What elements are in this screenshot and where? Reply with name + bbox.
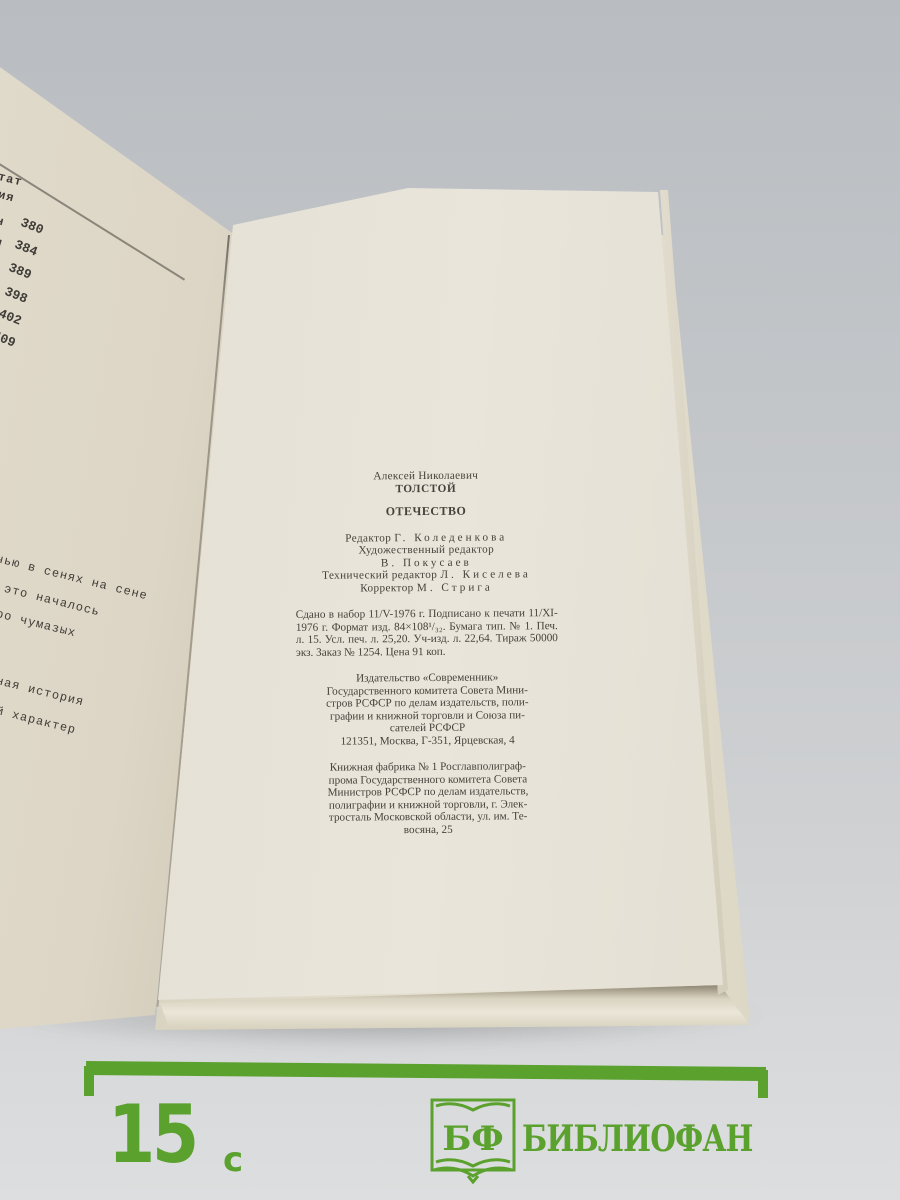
toc-page-number: 402 [0, 306, 24, 329]
credit-tech-editor: Технический редактор Л. Киселева [295, 568, 557, 582]
toc-page-number: 380 [18, 215, 45, 238]
store-name: БИБЛИОФАН [522, 1118, 753, 1160]
toc-fragment: ния [0, 186, 16, 206]
brand-frame-right [758, 1070, 768, 1098]
toc-fragment: ы! [0, 235, 6, 253]
toc-fragment: нная история [0, 672, 85, 709]
brand-frame-left [84, 1066, 94, 1096]
price-amount: 15 [108, 1090, 196, 1180]
price-currency: с [223, 1140, 243, 1180]
printing-factory-info: Книжная фабрика № 1 Росглавполиграф- про… [297, 760, 560, 837]
toc-fragment: ий характер [0, 702, 78, 737]
publisher-info: Издательство «Современник» Государственн… [296, 671, 559, 748]
credit-proofreader: Корректор М. Стрига [296, 581, 558, 595]
price-label: 15 с [108, 1090, 211, 1180]
print-info: Сдано в набор 11/V-1976 г. Подписано к п… [296, 607, 558, 659]
open-book-icon: БФ [430, 1098, 516, 1184]
photo-scene: отат ния ин ы! г 380 384 389 398 402 409… [0, 0, 900, 1200]
logo-monogram: БФ [442, 1119, 503, 1159]
toc-page-number: 384 [12, 237, 39, 260]
toc-page-number: 398 [2, 284, 29, 307]
toc-page-number: 409 [0, 328, 18, 351]
brand-frame-top [86, 1061, 766, 1081]
toc-fragment: отат [0, 168, 24, 190]
book-title: ОТЕЧЕСТВО [295, 504, 557, 518]
toc-fragment: ин [0, 212, 6, 230]
credits: Редактор Г. Коледенкова Художественный р… [295, 531, 557, 595]
author-surname: ТОЛСТОЙ [295, 482, 557, 496]
toc-page-number: 389 [6, 260, 33, 283]
colophon: Алексей Николаевич ТОЛСТОЙ ОТЕЧЕСТВО Ред… [295, 469, 560, 837]
